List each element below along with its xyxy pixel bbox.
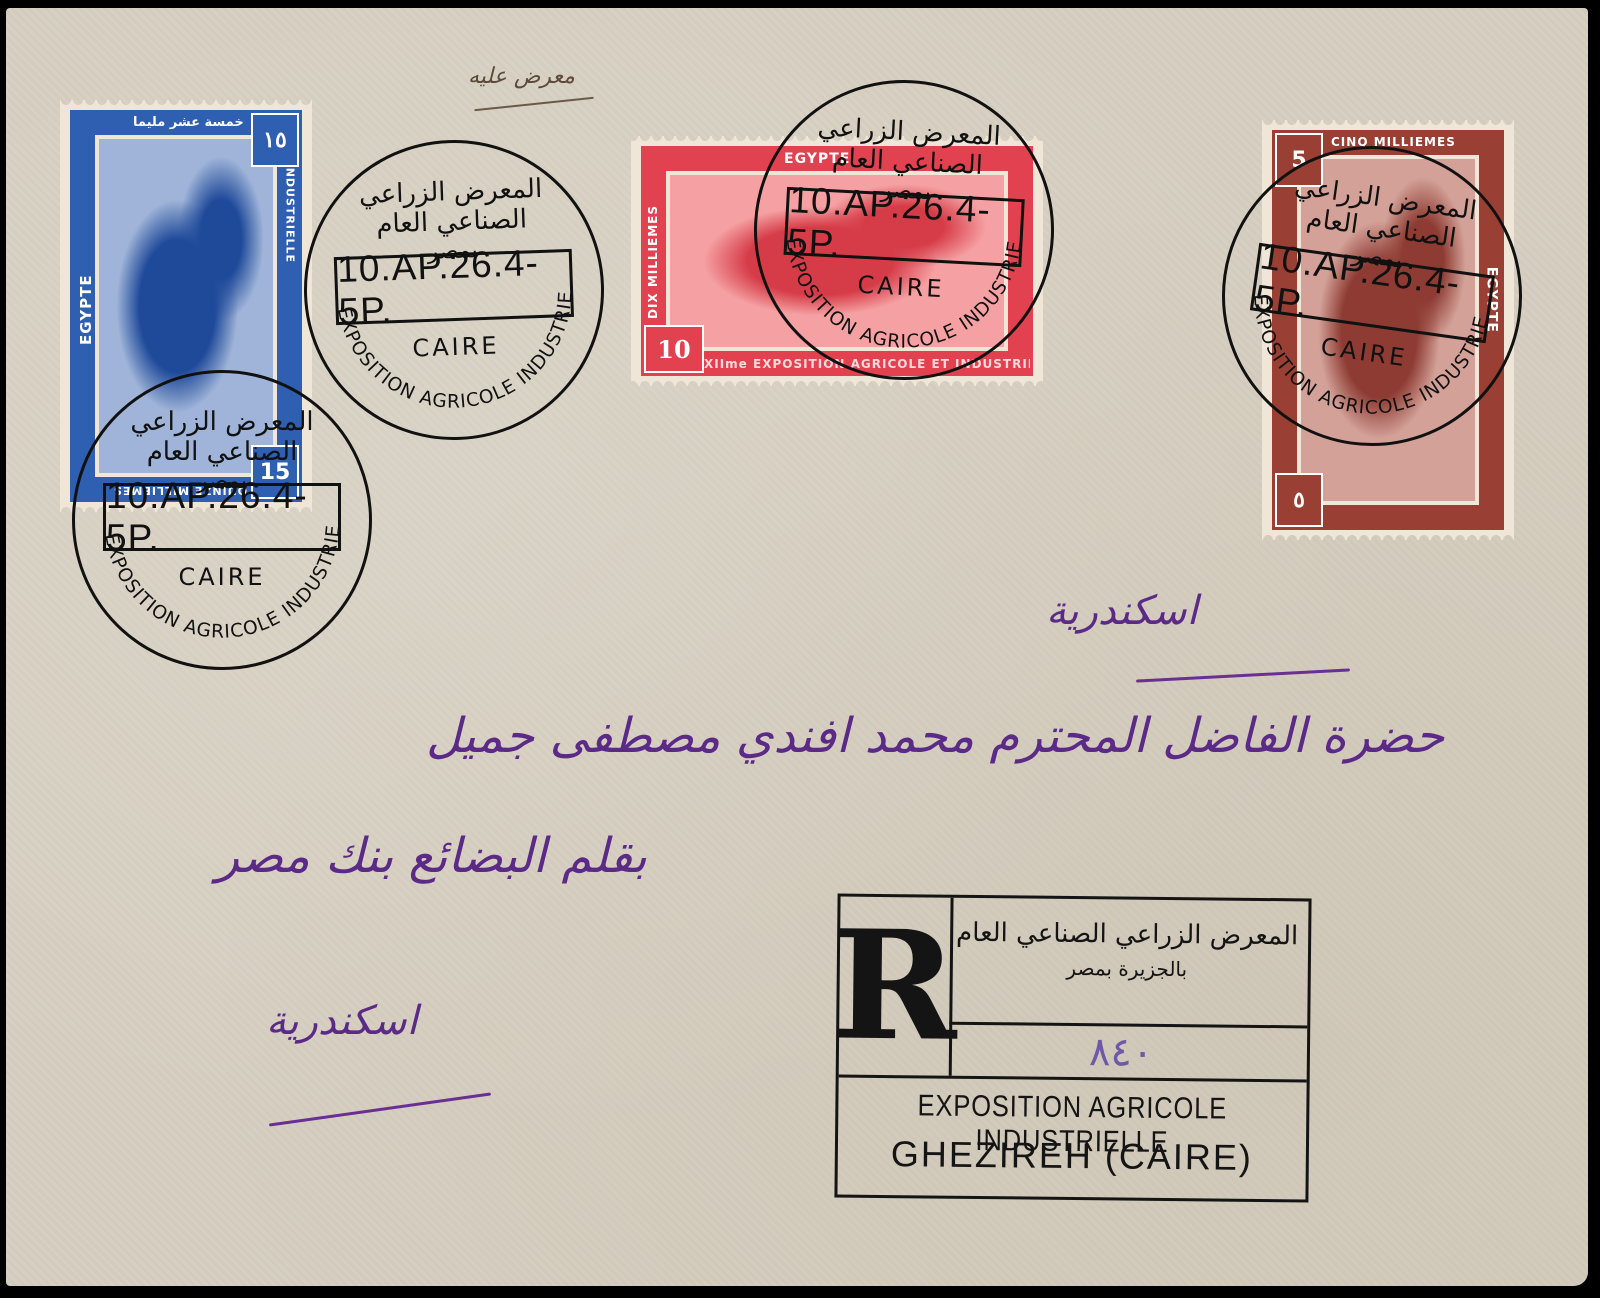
svg-text:EXPOSITION AGRICOLE INDUSTRIEL: EXPOSITION AGRICOLE INDUSTRIELLE — [69, 357, 345, 643]
svg-text:EXPOSITION AGRICOLE INDUSTRIEL: EXPOSITION AGRICOLE INDUSTRIELLE — [744, 59, 1035, 359]
registration-divider — [839, 1075, 1307, 1083]
postmark-ring-text: EXPOSITION AGRICOLE INDUSTRIELLE — [750, 76, 1059, 385]
stamp-country: EGYPTE — [77, 274, 95, 345]
stamp-value-arabic: ١٥ — [251, 113, 299, 167]
stamp-denomination: DIX MILLIEMES — [646, 205, 660, 319]
address-underline — [1136, 668, 1350, 682]
annotation-underline — [474, 97, 594, 112]
registration-label: R المعرض الزراعي الصناعي العام بالجزيرة … — [834, 894, 1311, 1203]
registration-arabic: المعرض الزراعي الصناعي العام بالجزيرة بم… — [952, 916, 1303, 988]
stamp-denomination-arabic: خمسة عشر مليما — [133, 115, 244, 130]
registration-arabic-line-1: المعرض الزراعي الصناعي العام — [952, 916, 1302, 954]
address-city: اسكندرية — [266, 998, 418, 1044]
pencil-annotation: معرض عليه — [468, 64, 575, 89]
svg-text:EXPOSITION AGRICOLE INDUSTRIEL: EXPOSITION AGRICOLE INDUSTRIELLE — [1203, 113, 1516, 434]
registration-divider — [949, 1022, 1307, 1029]
exposition-postmark: المعرض الزراعي الصناعي العامبمصر 10.AP.2… — [746, 72, 1061, 387]
registration-office-line-2: GHEZIREH (CAIRE) — [838, 1133, 1306, 1180]
postmark-ring-text: EXPOSITION AGRICOLE INDUSTRIELLE — [1206, 130, 1538, 462]
address-city-top: اسكندرية — [1046, 588, 1198, 634]
postmark-ring-text: EXPOSITION AGRICOLE INDUSTRIELLE — [75, 373, 369, 667]
address-recipient: حضرة الفاضل المحترم محمد افندي مصطفى جمي… — [426, 708, 1444, 764]
envelope: معرض عليه EGYPTE خمسة عشر مليما QUINZE M… — [6, 8, 1588, 1286]
exposition-postmark: المعرض الزراعي الصناعي العامبمصر 10.AP.2… — [1203, 127, 1542, 466]
stamp-value-arabic: ٥ — [1275, 473, 1323, 527]
stamp-value: 10 — [644, 325, 704, 373]
registration-arabic-line-2: بالجزيرة بمصر — [952, 950, 1302, 988]
address-underline — [269, 1092, 491, 1126]
address-department: بقلم البضائع بنك مصر — [216, 828, 647, 884]
registration-letter: R — [839, 897, 954, 1076]
exposition-postmark: المعرض الزراعي الصناعي العامبمصر 10.AP.2… — [72, 370, 372, 670]
registration-number: ٨٤٠ — [1089, 1029, 1154, 1076]
